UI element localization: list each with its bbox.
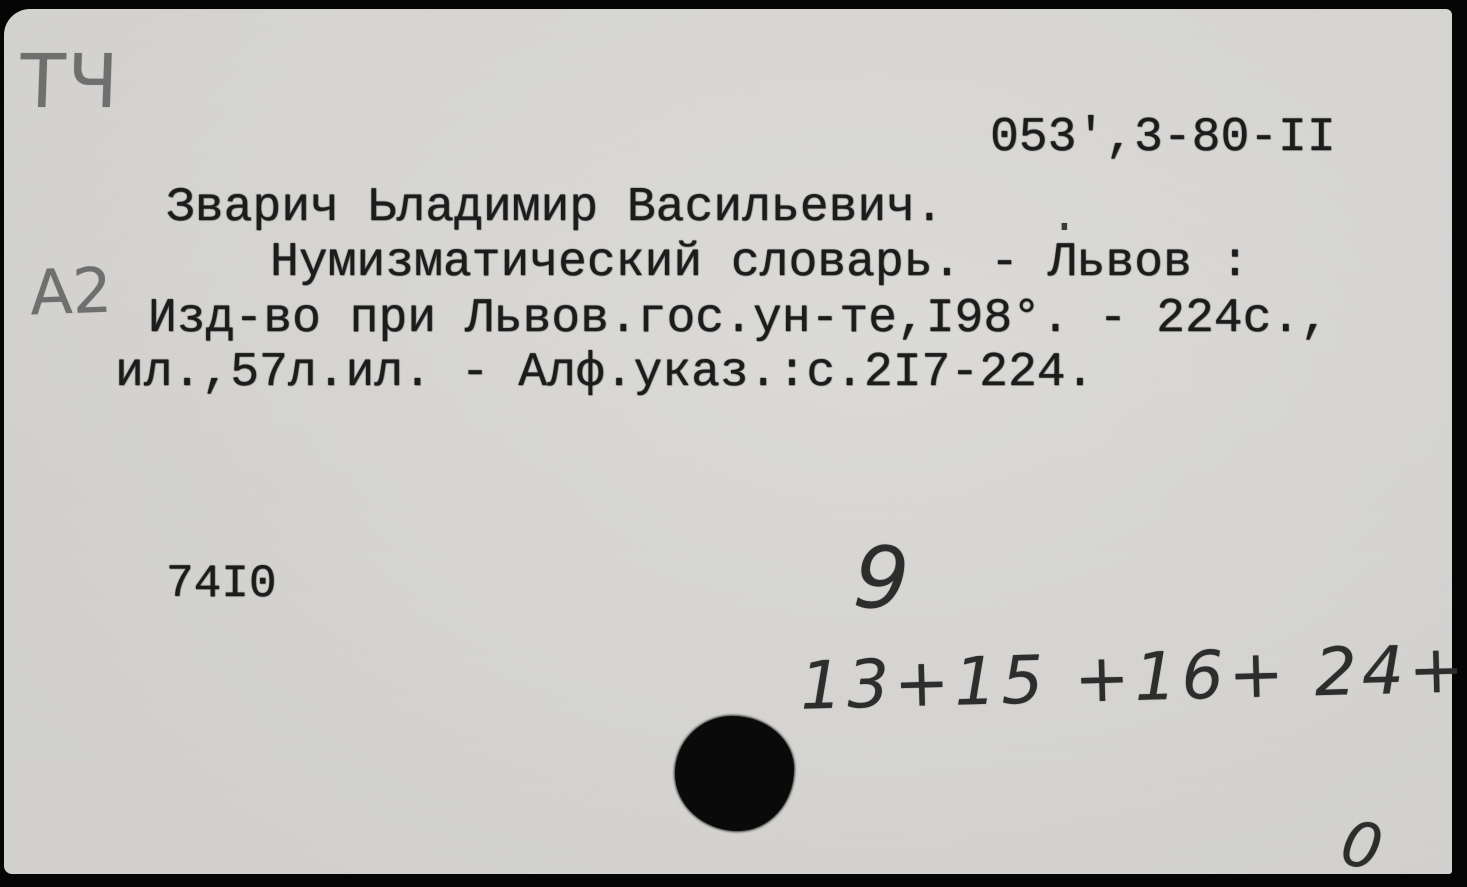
bibliographic-line-title: Нумизматический словарь. - Львов : [270,236,1249,290]
pencil-corner-mark: ТЧ [18,39,121,125]
catalog-number: 74I0 [166,558,276,610]
catalog-card-scan: ТЧ 053',3-80-II А2 Зварич Ьладимир Васил… [0,0,1467,887]
handwritten-number-nine: 9 [851,527,913,631]
bibliographic-line-author: Зварич Ьладимир Васильевич. [166,181,944,235]
hole-punch-dot [675,716,794,831]
handwritten-zero: 0 [1335,806,1389,886]
catalog-card: ТЧ 053',3-80-II А2 Зварич Ьладимир Васил… [4,9,1452,874]
bibliographic-line-collation: ил.,57л.ил. - Алф.указ.:с.2I7-224. [115,346,1094,400]
handwritten-sum-formula: 13+15 +16+ 24+12+ [799,626,1467,725]
pencil-shelf-mark: А2 [29,254,113,330]
call-number: 053',3-80-II [990,111,1336,165]
bibliographic-line-publisher: Изд-во при Львов.гос.ун-те,I98°. - 224с.… [148,292,1329,346]
